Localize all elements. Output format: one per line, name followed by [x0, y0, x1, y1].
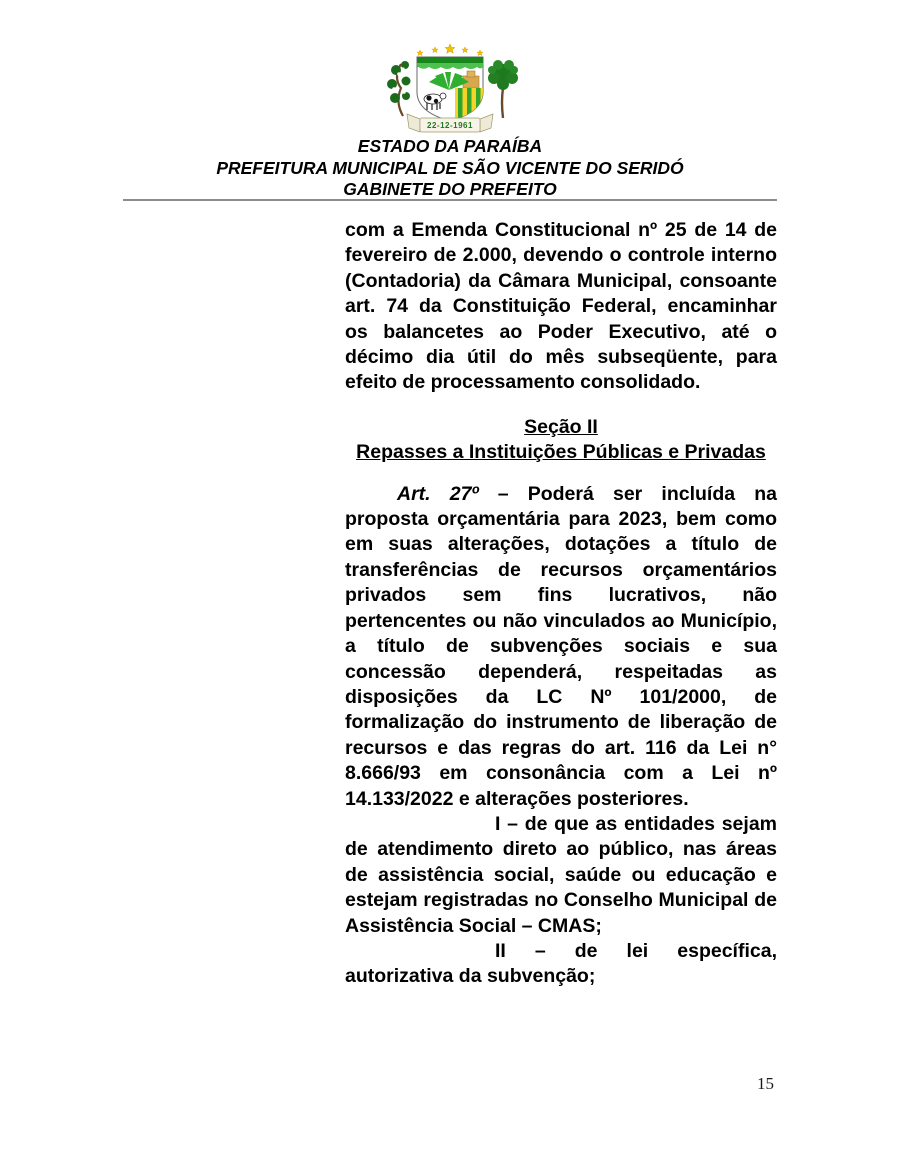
- section-title: Seção II: [345, 415, 777, 440]
- letterhead: ESTADO DA PARAÍBA PREFEITURA MUNICIPAL D…: [0, 136, 900, 201]
- municipal-coat-of-arms: 22-12-1961: [375, 44, 525, 138]
- paragraph-article: Art. 27º – Poderá ser incluída na propos…: [345, 482, 777, 812]
- header-office: GABINETE DO PREFEITO: [0, 179, 900, 201]
- paragraph-item-1: I – de que as entidades sejam de atendim…: [345, 812, 777, 939]
- header-state: ESTADO DA PARAÍBA: [0, 136, 900, 158]
- paragraph-item-2: II – de lei específica, autorizativa da …: [345, 939, 777, 990]
- emblem-ribbon-text: 22-12-1961: [427, 121, 473, 130]
- page-number: 15: [757, 1074, 774, 1094]
- tree-icon: [488, 60, 518, 118]
- paragraph-intro: com a Emenda Constitucional nº 25 de 14 …: [345, 218, 777, 396]
- article-label: Art. 27º: [397, 483, 479, 505]
- article-text: – Poderá ser incluída na proposta orçame…: [345, 483, 777, 810]
- document-body: com a Emenda Constitucional nº 25 de 14 …: [345, 218, 777, 990]
- section-heading: Seção II Repasses a Instituições Pública…: [345, 415, 777, 466]
- header-municipality: PREFEITURA MUNICIPAL DE SÃO VICENTE DO S…: [0, 158, 900, 180]
- coat-of-arms-icon: 22-12-1961: [375, 44, 525, 138]
- document-page: 22-12-1961 ESTADO DA PARAÍBA PREFEITURA …: [0, 0, 900, 1165]
- section-subtitle: Repasses a Instituições Públicas e Priva…: [345, 440, 777, 465]
- cotton-plant-icon: [387, 61, 411, 116]
- stars-icon: [417, 44, 483, 56]
- header-divider: [123, 199, 777, 201]
